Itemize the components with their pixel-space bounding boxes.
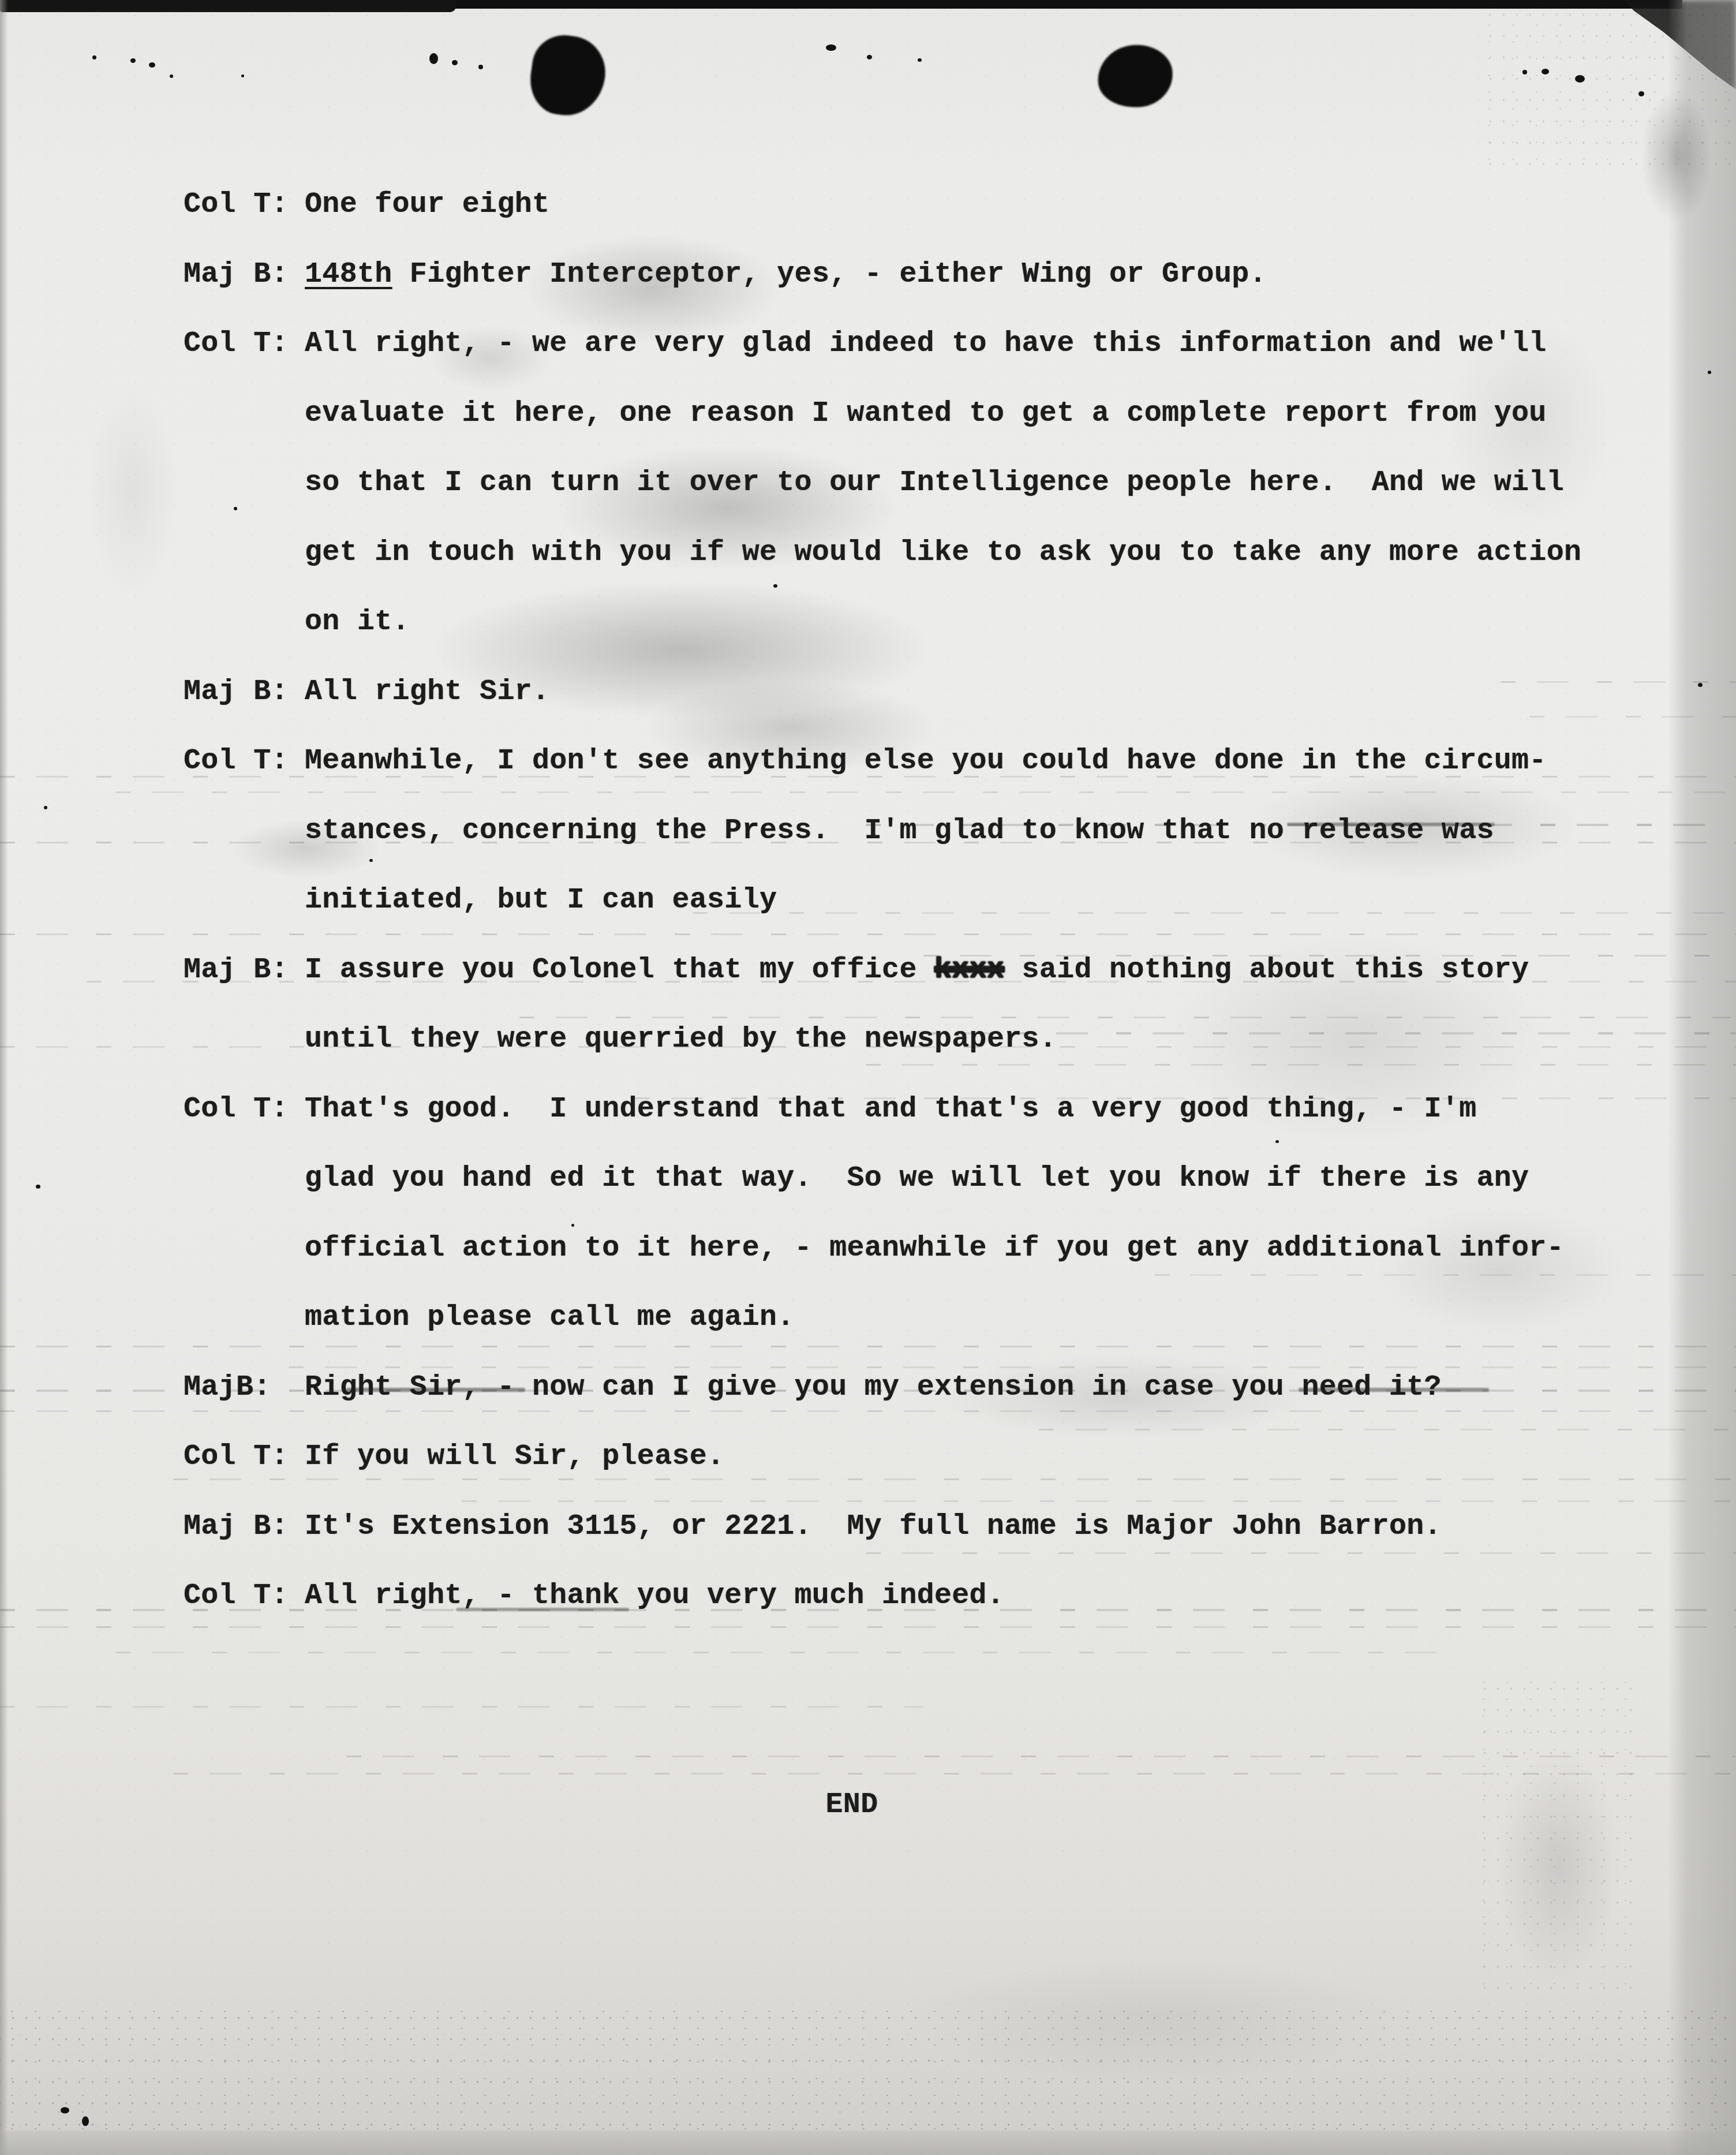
line-text: 148th Fighter Interceptor, yes, - either…: [305, 258, 1267, 291]
speaker-label: Col T:: [184, 727, 305, 797]
line-text: That's good. I understand that and that'…: [305, 1093, 1476, 1126]
transcript-line: Maj B:All right Sir.: [0, 658, 1736, 727]
speaker-label: Maj B:: [184, 658, 305, 727]
transcript-line: Col T:That's good. I understand that and…: [0, 1075, 1736, 1145]
line-text: glad you hand ed it that way. So we will…: [305, 1162, 1529, 1195]
speaker-label: Col T:: [184, 1562, 305, 1631]
ink-speck: [1575, 75, 1585, 83]
transcript-line: Col T:One four eight: [0, 170, 1736, 240]
line-text: stances, concerning the Press. I'm glad …: [305, 815, 1494, 847]
scan-edge-bottom: [0, 2131, 1736, 2155]
transcript-line: [0, 1631, 1736, 1701]
underlined-text: 148th: [305, 258, 392, 291]
line-text: on it.: [305, 606, 410, 638]
line-text: Right Sir, - now can I give you my exten…: [305, 1371, 1442, 1404]
speaker-label: Col T:: [184, 170, 305, 240]
scan-edge-top-left: [0, 0, 456, 12]
ink-speck: [241, 74, 244, 77]
text-segment: Fighter Interceptor, yes, - either Wing …: [392, 258, 1267, 291]
ink-speck: [918, 58, 922, 62]
transcript-line: MajB:Right Sir, - now can I give you my …: [0, 1353, 1736, 1423]
scanned-transcript-page: Col T:One four eightMaj B:148th Fighter …: [0, 0, 1736, 2155]
ink-speck: [429, 53, 438, 64]
end-marker: END: [826, 1788, 878, 1821]
transcript-line: mation please call me again.: [0, 1283, 1736, 1353]
transcript-line: Col T:All right, - thank you very much i…: [0, 1562, 1736, 1631]
line-text: mation please call me again.: [305, 1301, 795, 1334]
speaker-label: Col T:: [184, 1422, 305, 1492]
struck-out-word: kxxx: [934, 954, 1004, 987]
line-text: All right Sir.: [305, 675, 549, 708]
transcript-line: Col T:If you will Sir, please.: [0, 1422, 1736, 1492]
text-segment: said nothing about this story: [1004, 954, 1529, 987]
transcript-line: get in touch with you if we would like t…: [0, 518, 1736, 588]
ink-speck: [452, 60, 458, 65]
ink-speck: [92, 55, 96, 59]
ink-speck: [149, 62, 155, 68]
ink-blob: [526, 31, 610, 120]
transcript-line: Col T:Meanwhile, I don't see anything el…: [0, 727, 1736, 797]
ink-speck: [1522, 70, 1527, 74]
line-text: All right, - thank you very much indeed.: [305, 1579, 1004, 1612]
speaker-label: Col T:: [184, 1075, 305, 1145]
ink-speck: [61, 2107, 69, 2113]
transcript-line: until they were querried by the newspape…: [0, 1005, 1736, 1075]
ink-blob: [1095, 42, 1176, 111]
scan-smudge: [808, 1934, 1501, 2107]
ink-speck: [82, 2116, 89, 2126]
transcript-line: Col T:All right, - we are very glad inde…: [0, 309, 1736, 379]
line-text: One four eight: [305, 188, 549, 221]
transcript-line: Maj B:I assure you Colonel that my offic…: [0, 936, 1736, 1006]
speaker-label: Maj B:: [184, 936, 305, 1006]
transcript-line: glad you hand ed it that way. So we will…: [0, 1144, 1736, 1214]
transcript-line: official action to it here, - meanwhile …: [0, 1214, 1736, 1284]
transcript-line: on it.: [0, 588, 1736, 658]
ink-speck: [478, 65, 483, 69]
transcript: Col T:One four eightMaj B:148th Fighter …: [0, 170, 1736, 1840]
line-text: If you will Sir, please.: [305, 1440, 724, 1473]
line-text: Meanwhile, I don't see anything else you…: [305, 745, 1547, 778]
speaker-label: Col T:: [184, 309, 305, 379]
end-marker-line: END: [0, 1771, 1720, 1840]
line-text: so that I can turn it over to our Intell…: [305, 466, 1564, 499]
transcript-line: Maj B:148th Fighter Interceptor, yes, - …: [0, 240, 1736, 310]
line-text: evaluate it here, one reason I wanted to…: [305, 397, 1547, 430]
transcript-line: [0, 1701, 1736, 1771]
ink-speck: [130, 58, 136, 63]
ink-speck: [170, 74, 173, 78]
line-text: It's Extension 3115, or 2221. My full na…: [305, 1510, 1442, 1543]
transcript-line: initiated, but I can easily: [0, 866, 1736, 936]
transcript-line: stances, concerning the Press. I'm glad …: [0, 797, 1736, 867]
speaker-label: Maj B:: [184, 240, 305, 310]
line-text: I assure you Colonel that my office kxxx…: [305, 954, 1529, 987]
ink-speck: [826, 44, 836, 51]
speaker-label: MajB:: [184, 1353, 305, 1423]
line-text: initiated, but I can easily: [305, 884, 777, 917]
ink-speck: [867, 55, 872, 59]
transcript-line: evaluate it here, one reason I wanted to…: [0, 379, 1736, 449]
text-segment: I assure you Colonel that my office: [305, 954, 934, 987]
line-text: official action to it here, - meanwhile …: [305, 1232, 1564, 1265]
line-text: All right, - we are very glad indeed to …: [305, 327, 1547, 360]
ink-speck: [1638, 91, 1644, 96]
ink-speck: [1542, 69, 1549, 74]
transcript-line: so that I can turn it over to our Intell…: [0, 449, 1736, 518]
line-text: get in touch with you if we would like t…: [305, 536, 1581, 569]
transcript-line: Maj B:It's Extension 3115, or 2221. My f…: [0, 1492, 1736, 1562]
line-text: until they were querried by the newspape…: [305, 1023, 1057, 1056]
speaker-label: Maj B:: [184, 1492, 305, 1562]
